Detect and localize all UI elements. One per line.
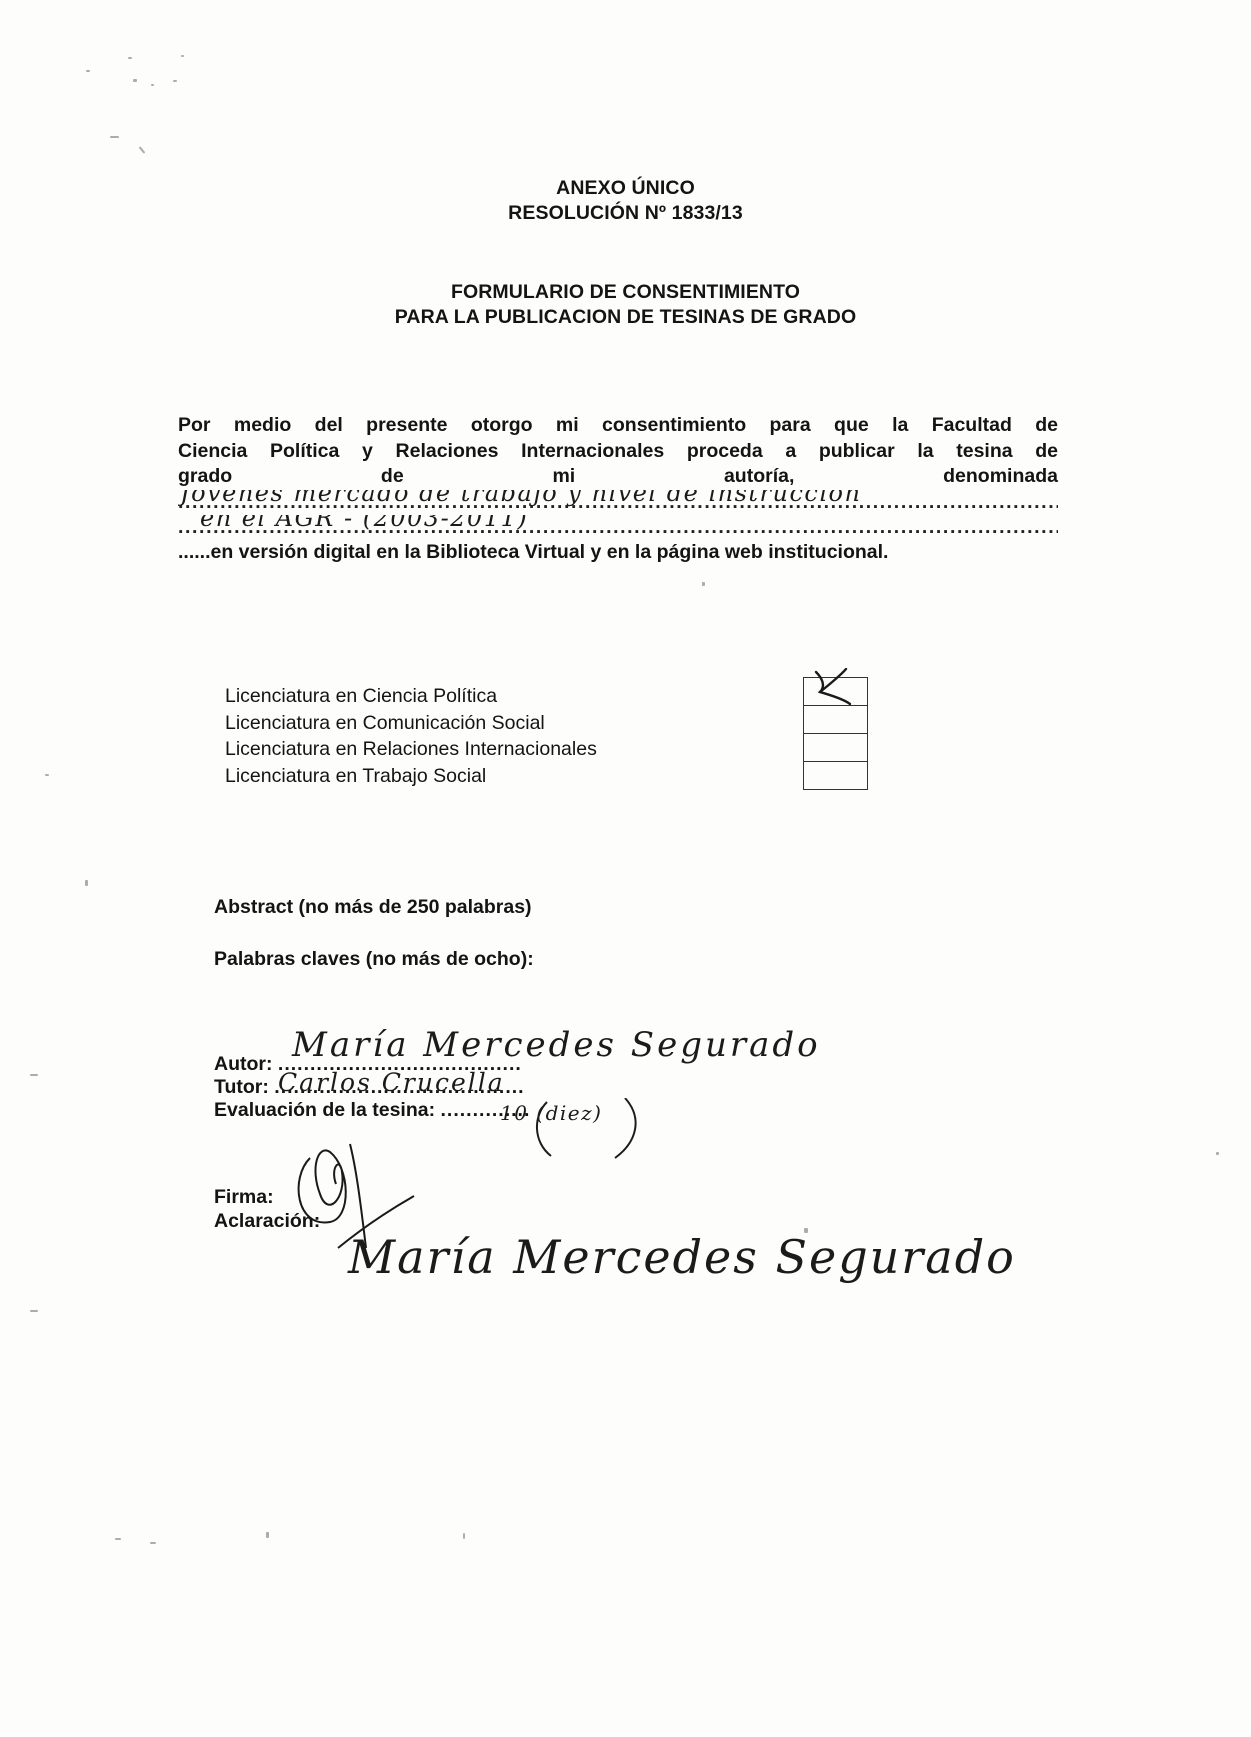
checkbox-trabajo-social[interactable] — [804, 762, 867, 790]
keywords-label: Palabras claves (no más de ocho): — [214, 948, 534, 971]
scan-speck — [110, 136, 119, 138]
degree-checkbox-column — [803, 677, 868, 790]
degree-option-ciencia-politica: Licenciatura en Ciencia Política — [225, 683, 597, 710]
scan-speck — [30, 1074, 38, 1076]
signature-label: Firma: — [214, 1186, 274, 1209]
consent-line-1: Por medio del presente otorgo mi consent… — [178, 413, 1058, 439]
consent-line-2: Ciencia Política y Relaciones Internacio… — [178, 439, 1058, 465]
thesis-title-field-line1[interactable]: ........................................… — [178, 490, 1058, 515]
word: denominada — [943, 464, 1058, 490]
scan-speck — [1216, 1152, 1219, 1155]
thesis-title-handwritten: en el AGR - (2003-2011) — [200, 515, 528, 532]
consent-closing: ......en versión digital en la Bibliotec… — [178, 540, 1058, 566]
scan-speck — [133, 79, 137, 82]
checkbox-comunicacion-social[interactable] — [804, 706, 867, 734]
scan-speck — [266, 1532, 269, 1538]
tutor-label: Tutor: — [214, 1076, 269, 1098]
degree-option-relaciones-internacionales: Licenciatura en Relaciones Internacional… — [225, 736, 597, 763]
scan-speck — [45, 774, 49, 776]
author-handwritten: María Mercedes Segurado — [292, 1025, 821, 1065]
scan-speck — [86, 70, 90, 72]
word: autoría, — [724, 464, 794, 490]
abstract-label: Abstract (no más de 250 palabras) — [214, 896, 532, 919]
consent-text: Por medio del presente otorgo mi consent… — [178, 413, 1058, 439]
evaluation-label: Evaluación de la tesina: — [214, 1099, 435, 1121]
scan-speck — [150, 1542, 156, 1544]
word: mi — [552, 464, 575, 490]
word: de — [381, 464, 404, 490]
scan-speck — [151, 84, 154, 86]
clarification-handwritten: María Mercedes Segurado — [348, 1230, 1016, 1284]
consent-text: Ciencia Política y Relaciones Internacio… — [178, 439, 1058, 465]
word: grado — [178, 464, 232, 490]
scan-speck — [181, 55, 184, 57]
evaluation-field[interactable]: Evaluación de la tesina: .............. — [214, 1099, 530, 1122]
degree-option-comunicacion-social: Licenciatura en Comunicación Social — [225, 710, 597, 737]
degree-option-trabajo-social: Licenciatura en Trabajo Social — [225, 763, 597, 790]
form-title-line1: FORMULARIO DE CONSENTIMIENTO — [0, 280, 1251, 305]
consent-paragraph: Por medio del presente otorgo mi consent… — [178, 413, 1058, 565]
thesis-title-handwritten: Jóvenes mercado de trabajo y nivel de in… — [180, 490, 861, 507]
check-mark-icon — [812, 668, 856, 708]
clarification-label: Aclaración: — [214, 1210, 320, 1233]
annex-title: ANEXO ÚNICO — [0, 176, 1251, 201]
checkbox-relaciones-internacionales[interactable] — [804, 734, 867, 762]
thesis-title-field-line2[interactable]: ........................................… — [178, 515, 1058, 540]
evaluation-handwritten: 10 (diez) — [500, 1101, 602, 1125]
checkbox-ciencia-politica[interactable] — [804, 678, 867, 706]
scan-speck — [463, 1533, 465, 1539]
scan-speck — [173, 80, 177, 82]
degree-list: Licenciatura en Ciencia Política Licenci… — [225, 683, 597, 789]
form-title-line2: PARA LA PUBLICACION DE TESINAS DE GRADO — [0, 305, 1251, 330]
form-title: FORMULARIO DE CONSENTIMIENTO PARA LA PUB… — [0, 280, 1251, 330]
resolution-number: RESOLUCIÓN Nº 1833/13 — [0, 201, 1251, 226]
scan-speck — [702, 582, 705, 586]
scan-speck — [115, 1538, 121, 1540]
scan-speck — [85, 880, 88, 886]
author-label: Autor: — [214, 1053, 272, 1075]
scan-speck — [30, 1310, 38, 1312]
scan-speck — [139, 146, 146, 153]
scan-speck — [128, 57, 132, 59]
document-header: ANEXO ÚNICO RESOLUCIÓN Nº 1833/13 — [0, 176, 1251, 226]
consent-line-3: grado de mi autoría, denominada — [178, 464, 1058, 490]
tutor-handwritten: Carlos Crucella — [278, 1068, 505, 1097]
